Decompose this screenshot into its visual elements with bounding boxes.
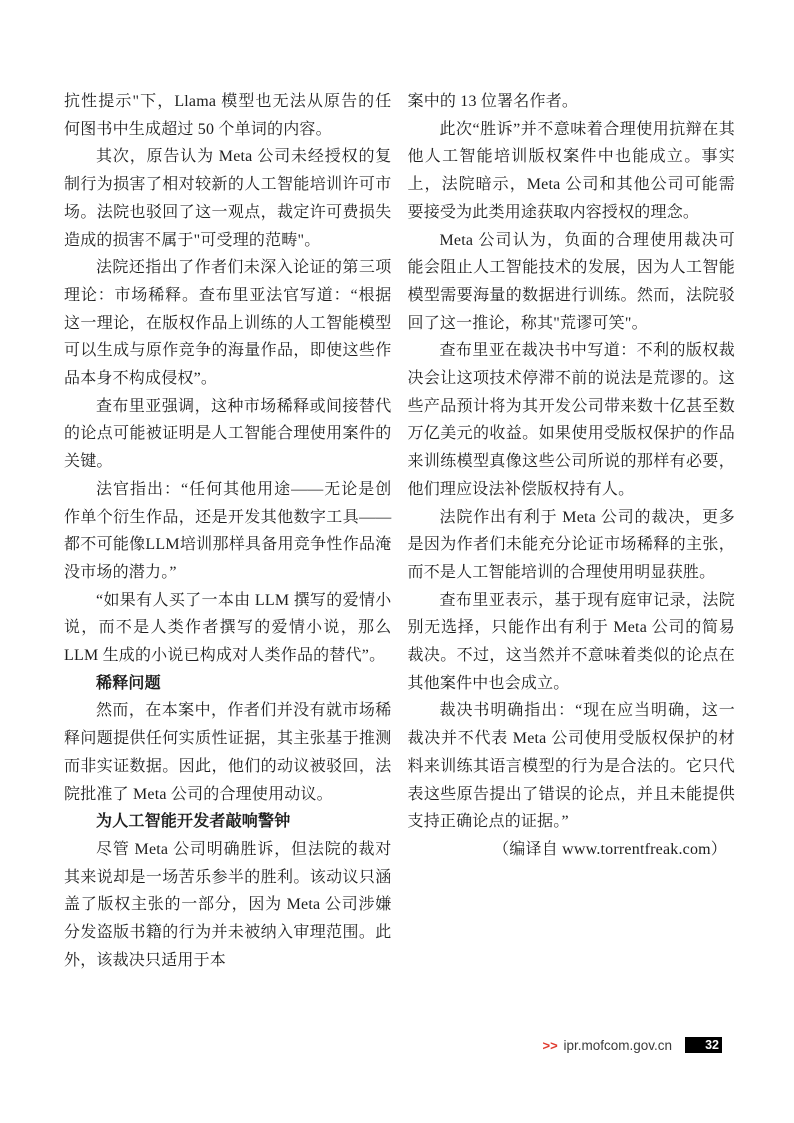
paragraph: 此次“胜诉”并不意味着合理使用抗辩在其他人工智能培训版权案件中也能成立。事实上，…: [408, 116, 736, 227]
section-heading: 为人工智能开发者敲响警钟: [64, 808, 392, 836]
article-body: 抗性提示"下，Llama 模型也无法从原告的任何图书中生成超过 50 个单词的内…: [64, 88, 735, 975]
paragraph: 然而，在本案中，作者们并没有就市场稀释问题提供任何实质性证据，其主张基于推测而非…: [64, 697, 392, 808]
paragraph: 其次，原告认为 Meta 公司未经授权的复制行为损害了相对较新的人工智能培训许可…: [64, 143, 392, 254]
paragraph: 案中的 13 位署名作者。: [408, 88, 736, 116]
paragraph: 尽管 Meta 公司明确胜诉，但法院的裁对其来说却是一场苦乐参半的胜利。该动议只…: [64, 836, 392, 975]
double-chevron-icon: >>: [542, 1038, 557, 1053]
page-footer: >> ipr.mofcom.gov.cn 32: [542, 1036, 722, 1054]
section-heading: 稀释问题: [64, 670, 392, 698]
footer-site-url: ipr.mofcom.gov.cn: [563, 1038, 672, 1053]
paragraph: Meta 公司认为，负面的合理使用裁决可能会阻止人工智能技术的发展，因为人工智能…: [408, 227, 736, 338]
paragraph: 裁决书明确指出：“现在应当明确，这一裁决并不代表 Meta 公司使用受版权保护的…: [408, 697, 736, 836]
article-column-left: 抗性提示"下，Llama 模型也无法从原告的任何图书中生成超过 50 个单词的内…: [64, 88, 392, 975]
paragraph: 查布里亚表示，基于现有庭审记录，法院别无选择，只能作出有利于 Meta 公司的简…: [408, 587, 736, 698]
paragraph: 查布里亚强调，这种市场稀释或间接替代的论点可能被证明是人工智能合理使用案件的关键…: [64, 393, 392, 476]
paragraph: 法院还指出了作者们未深入论证的第三项理论：市场稀释。查布里亚法官写道：“根据这一…: [64, 254, 392, 393]
paragraph: “如果有人买了一本由 LLM 撰写的爱情小说，而不是人类作者撰写的爱情小说，那么…: [64, 587, 392, 670]
paragraph: 法院作出有利于 Meta 公司的裁决，更多是因为作者们未能充分论证市场稀释的主张…: [408, 504, 736, 587]
page-number: 32: [705, 1038, 719, 1052]
page-number-box: 32: [685, 1037, 722, 1053]
article-column-right: 案中的 13 位署名作者。此次“胜诉”并不意味着合理使用抗辩在其他人工智能培训版…: [408, 88, 736, 975]
paragraph: 抗性提示"下，Llama 模型也无法从原告的任何图书中生成超过 50 个单词的内…: [64, 88, 392, 143]
paragraph: 查布里亚在裁决书中写道：不利的版权裁决会让这项技术停滞不前的说法是荒谬的。这些产…: [408, 337, 736, 503]
paragraph: 法官指出：“任何其他用途——无论是创作单个衍生作品，还是开发其他数字工具——都不…: [64, 476, 392, 587]
source-attribution: （编译自 www.torrentfreak.com）: [408, 836, 736, 864]
